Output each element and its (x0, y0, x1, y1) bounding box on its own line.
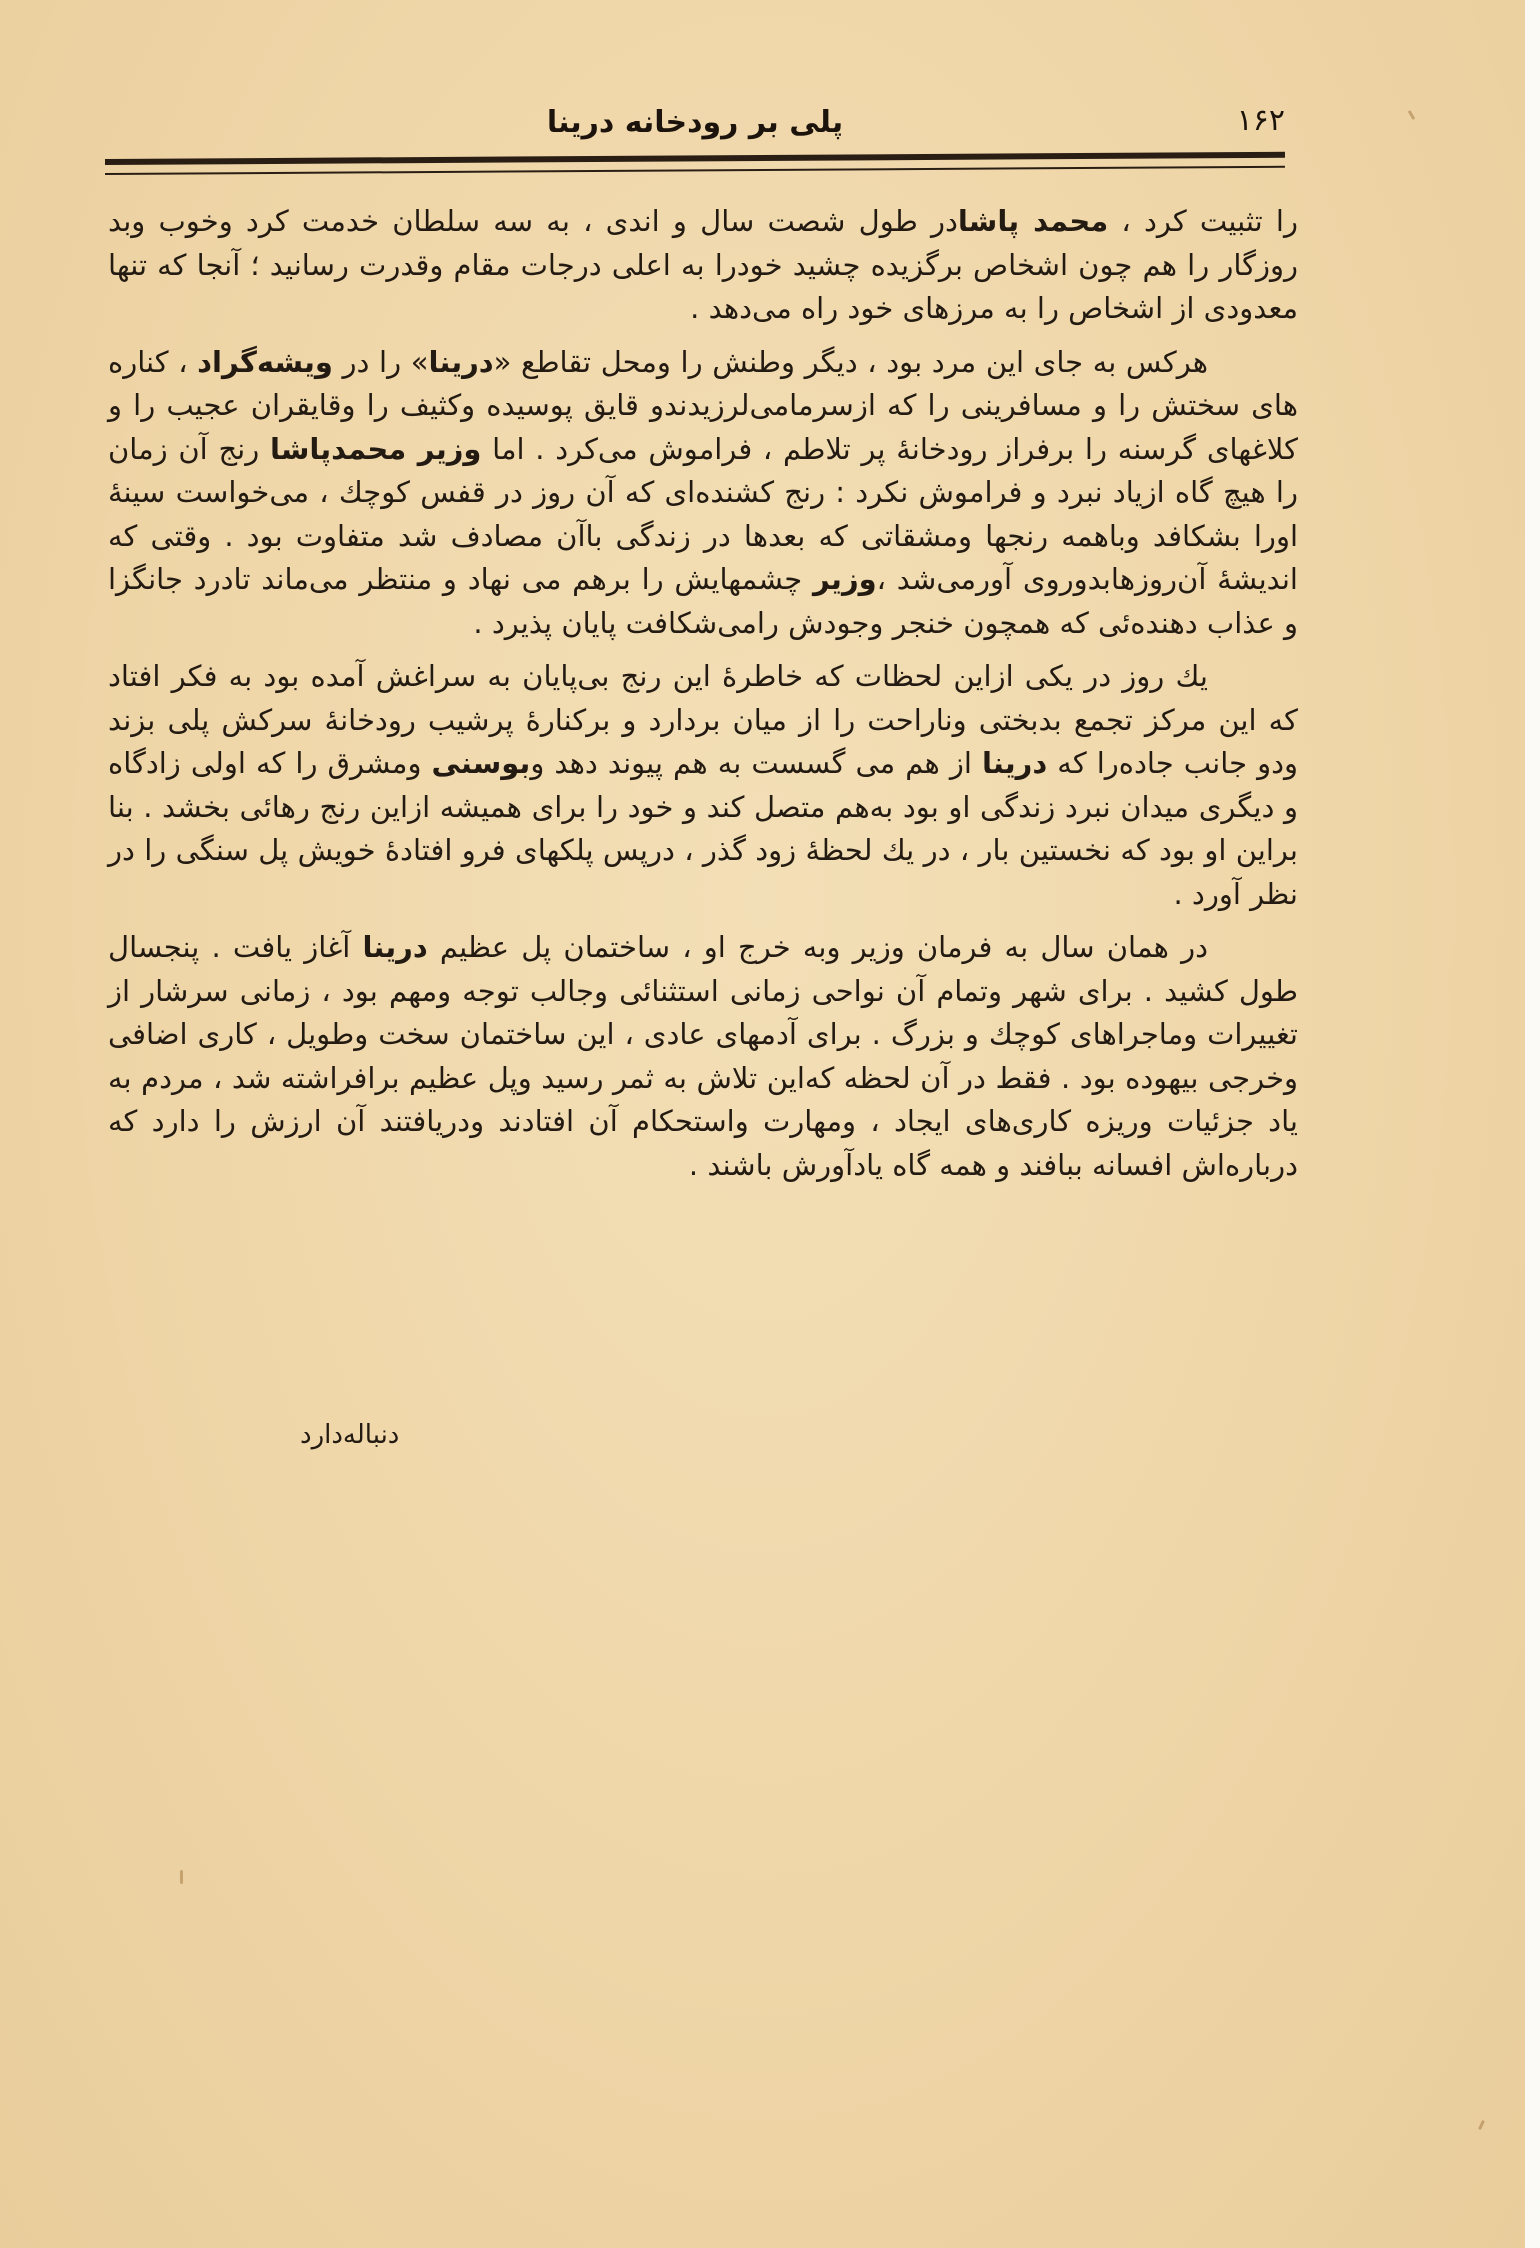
header-rule-thin (105, 166, 1285, 175)
page-header: ۱۶۲ پلی بر رودخانه درینا (105, 95, 1285, 195)
header-rule-thick (105, 152, 1285, 165)
paper-speck (1478, 2120, 1485, 2130)
running-title: پلی بر رودخانه درینا (105, 105, 1285, 140)
bold-name: ویشه‌گراد (197, 345, 333, 379)
text-run: از هم می گسست به هم پیوند دهد و (530, 746, 982, 780)
book-page: ۱۶۲ پلی بر رودخانه درینا را تثبیت کرد ، … (0, 0, 1525, 2248)
scan-edge (1525, 0, 1540, 2248)
body-text: را تثبیت کرد ، محمد پاشادر طول شصت سال و… (108, 200, 1298, 1197)
bold-name: درینا (428, 345, 493, 379)
paragraph: هرکس به جای این مرد بود ، دیگر وطنش را و… (108, 341, 1298, 646)
bold-name: وزیر (813, 562, 877, 596)
text-run: را تثبیت کرد ، (1108, 204, 1298, 238)
text-run: هرکس به جای این مرد بود ، دیگر وطنش را و… (494, 345, 1208, 379)
paper-speck (180, 1870, 183, 1884)
bold-name: وزیر محمدپاشا (270, 432, 481, 466)
paragraph: در همان سال به فرمان وزیر وبه خرج او ، س… (108, 926, 1298, 1187)
text-run: آغاز یافت . پنجسال طول کشید . برای شهر و… (108, 930, 1298, 1182)
bold-name: محمد پاشا (958, 204, 1108, 238)
text-run: در همان سال به فرمان وزیر وبه خرج او ، س… (428, 930, 1208, 964)
bold-name: درینا (363, 930, 428, 964)
paragraph: را تثبیت کرد ، محمد پاشادر طول شصت سال و… (108, 200, 1298, 331)
paragraph: یك روز در یکی ازاین لحظات که خاطرهٔ این … (108, 655, 1298, 916)
bold-name: درینا (982, 746, 1047, 780)
to-be-continued-label: دنباله‌دارد (300, 1420, 399, 1450)
paper-speck (1408, 110, 1416, 120)
text-run: » را در (333, 345, 429, 379)
bold-name: بوسنی (432, 746, 531, 780)
